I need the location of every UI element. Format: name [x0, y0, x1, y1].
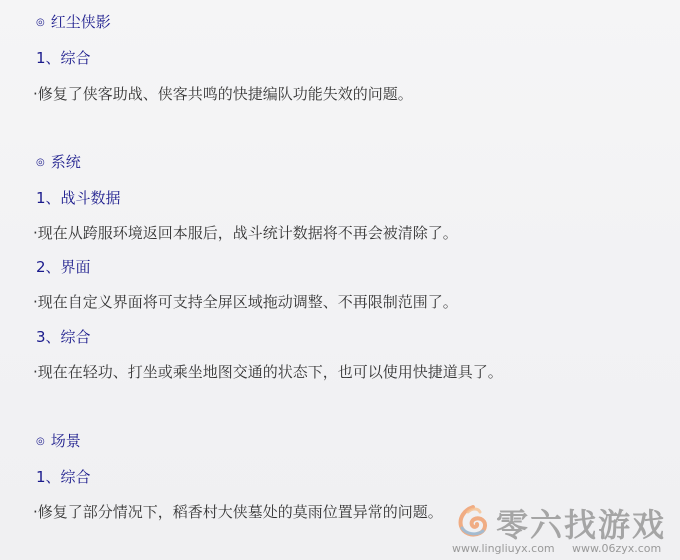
- watermark-site-name: 零六找游戏: [496, 500, 666, 546]
- subsection-heading: 2、界面: [36, 257, 91, 277]
- circle-bullet-icon: ◎: [36, 432, 45, 452]
- change-item: ·现在自定义界面将可支持全屏区域拖动调整、不再限制范围了。: [33, 292, 458, 312]
- section-title-system: ◎系统: [36, 152, 81, 173]
- section-title-hongchen: ◎红尘侠影: [36, 12, 111, 33]
- section-title-text: 红尘侠影: [51, 13, 111, 31]
- section-title-scene: ◎场景: [36, 431, 81, 452]
- site-watermark: 零六找游戏 www.lingliuyx.com www.06zyx.com: [452, 490, 680, 560]
- watermark-url-2: www.06zyx.com: [572, 542, 661, 555]
- change-item: ·修复了部分情况下，稻香村大侠墓处的莫雨位置异常的问题。: [33, 502, 443, 522]
- watermark-url-1: www.lingliuyx.com: [452, 542, 555, 555]
- subsection-heading: 1、综合: [36, 467, 91, 487]
- subsection-heading: 1、战斗数据: [36, 188, 121, 208]
- swirl-logo-icon: [456, 504, 490, 538]
- circle-bullet-icon: ◎: [36, 13, 45, 33]
- circle-bullet-icon: ◎: [36, 153, 45, 173]
- section-title-text: 场景: [51, 432, 81, 450]
- change-item: ·修复了侠客助战、侠客共鸣的快捷编队功能失效的问题。: [33, 84, 413, 104]
- change-item: ·现在从跨服环境返回本服后，战斗统计数据将不再会被清除了。: [33, 223, 458, 243]
- section-title-text: 系统: [51, 153, 81, 171]
- change-item: ·现在在轻功、打坐或乘坐地图交通的状态下，也可以使用快捷道具了。: [33, 362, 503, 382]
- subsection-heading: 1、综合: [36, 48, 91, 68]
- subsection-heading: 3、综合: [36, 327, 91, 347]
